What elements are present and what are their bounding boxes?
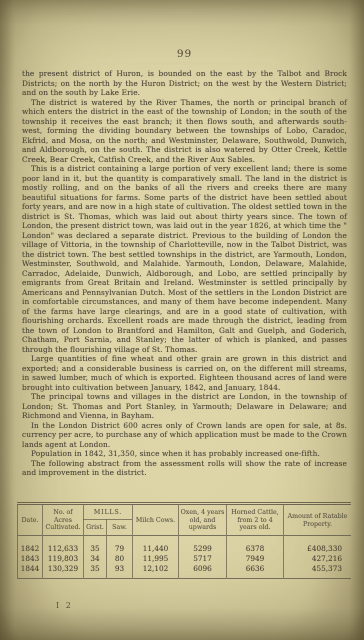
cell-grist: 34 — [84, 554, 107, 564]
table-row: 1843 119,803 34 80 11,995 5717 7949 427,… — [18, 554, 352, 564]
paragraph-huron-bounds: the present district of Huron, is bounde… — [22, 69, 347, 98]
assessment-table: Date. No. of Acres Cultivated. MILLS. Mi… — [17, 502, 351, 579]
cell-milch-cows: 12,102 — [133, 564, 179, 579]
col-header-saw: Saw. — [107, 519, 133, 536]
col-header-grist: Grist. — [84, 519, 107, 536]
col-header-mills: MILLS. — [84, 504, 133, 520]
paragraph-population: Population in 1842, 31,350, since when i… — [22, 449, 347, 459]
cell-date: 1842 — [18, 536, 43, 555]
paragraph-principal-towns: The principal towns and villages in the … — [22, 392, 347, 421]
signature-mark: I 2 — [56, 601, 73, 610]
cell-milch-cows: 11,440 — [133, 536, 179, 555]
cell-oxen: 6096 — [179, 564, 227, 579]
col-header-date: Date. — [18, 504, 43, 536]
cell-date: 1844 — [18, 564, 43, 579]
cell-ratable-property: £408,330 — [284, 536, 351, 555]
col-header-acres: No. of Acres Cultivated. — [43, 504, 84, 536]
cell-horned-cattle: 6636 — [227, 564, 284, 579]
paragraph-crown-lands: In the London District 600 acres only of… — [22, 421, 347, 450]
paragraph-wheat-exports: Large quantities of fine wheat and other… — [22, 354, 347, 392]
cell-acres: 119,803 — [43, 554, 84, 564]
cell-ratable-property: 427,216 — [284, 554, 351, 564]
paragraph-land-description: This is a district containing a large po… — [22, 164, 347, 354]
cell-date: 1843 — [18, 554, 43, 564]
cell-milch-cows: 11,995 — [133, 554, 179, 564]
cell-horned-cattle: 7949 — [227, 554, 284, 564]
page-text: 99 the present district of Huron, is bou… — [22, 48, 347, 478]
col-header-oxen: Oxen, 4 years old, and upwards — [179, 504, 227, 536]
paragraph-abstract-intro: The following abstract from the assessme… — [22, 459, 347, 478]
col-header-horned-cattle: Horned Cattle, from 2 to 4 years old. — [227, 504, 284, 536]
paragraph-rivers: The district is watered by the River Tha… — [22, 98, 347, 165]
cell-saw: 93 — [107, 564, 133, 579]
cell-ratable-property: 455,373 — [284, 564, 351, 579]
cell-grist: 35 — [84, 564, 107, 579]
cell-oxen: 5299 — [179, 536, 227, 555]
table-header: Date. No. of Acres Cultivated. MILLS. Mi… — [18, 504, 352, 536]
cell-saw: 79 — [107, 536, 133, 555]
cell-acres: 112,633 — [43, 536, 84, 555]
assessment-table-block: Date. No. of Acres Cultivated. MILLS. Mi… — [17, 502, 351, 579]
cell-horned-cattle: 6378 — [227, 536, 284, 555]
table-row: 1844 130,329 35 93 12,102 6096 6636 455,… — [18, 564, 352, 579]
table-row: 1842 112,633 35 79 11,440 5299 6378 £408… — [18, 536, 352, 555]
book-page: 99 the present district of Huron, is bou… — [0, 0, 364, 640]
col-header-milch-cows: Milch Cows. — [133, 504, 179, 536]
cell-acres: 130,329 — [43, 564, 84, 579]
page-number: 99 — [22, 48, 347, 60]
cell-saw: 80 — [107, 554, 133, 564]
cell-grist: 35 — [84, 536, 107, 555]
col-header-ratable-property: Amount of Ratable Property. — [284, 504, 351, 536]
cell-oxen: 5717 — [179, 554, 227, 564]
